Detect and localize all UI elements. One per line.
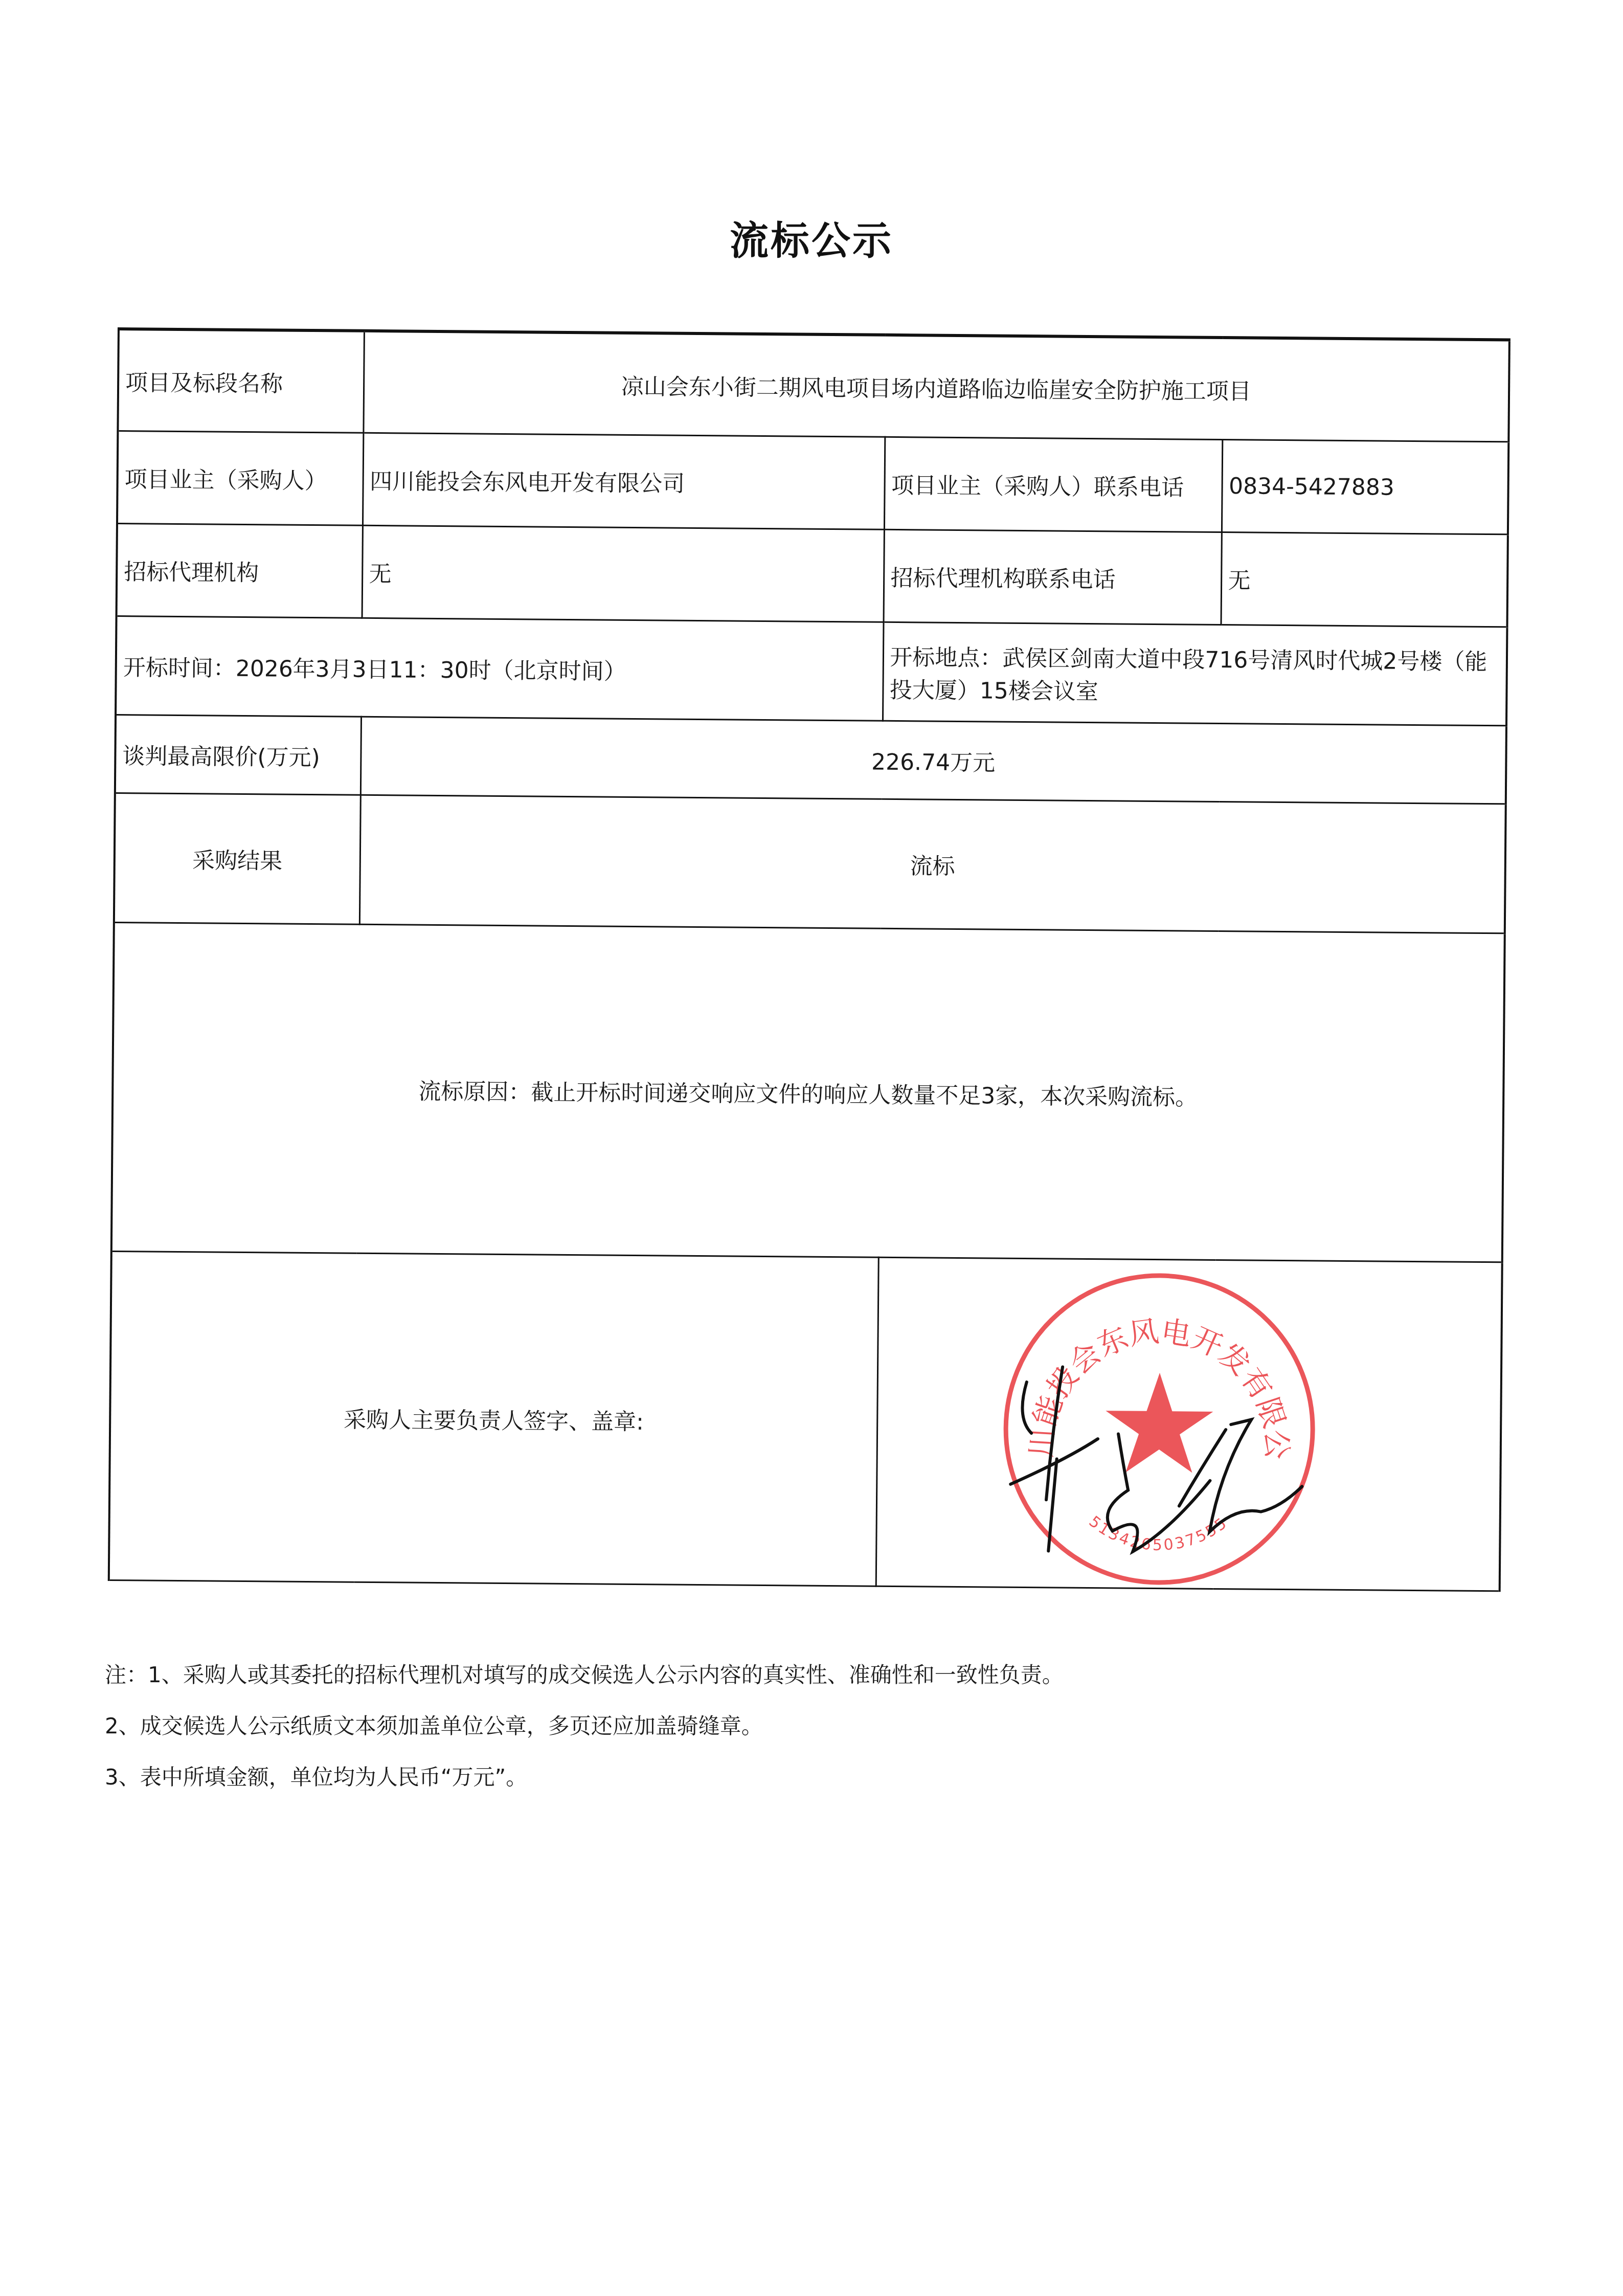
project-name-label: 项目及标段名称 — [118, 329, 364, 433]
signature-label: 采购人主要负责人签字、盖章: — [109, 1251, 878, 1586]
agency-phone-label: 招标代理机构联系电话 — [884, 529, 1222, 625]
opening-place: 开标地点：武侯区剑南大道中段716号清风时代城2号楼（能投大厦）15楼会议室 — [883, 622, 1507, 726]
row-reason: 流标原因：截止开标时间递交响应文件的响应人数量不足3家，本次采购流标。 — [111, 922, 1505, 1262]
announcement-form: 项目及标段名称 凉山会东小街二期风电项目场内道路临边临崖安全防护施工项目 项目业… — [108, 327, 1508, 1592]
agency-label: 招标代理机构 — [117, 524, 363, 618]
note-2: 2、成交候选人公示纸质文本须加盖单位公章，多页还应加盖骑缝章。 — [105, 1701, 1064, 1752]
failure-reason: 流标原因：截止开标时间递交响应文件的响应人数量不足3家，本次采购流标。 — [111, 922, 1505, 1262]
owner-label: 项目业主（采购人） — [117, 431, 363, 526]
notes-section: 注：1、采购人或其委托的招标代理机对填写的成交候选人公示内容的真实性、准确性和一… — [105, 1649, 1064, 1803]
company-seal-icon: 四川能投会东风电开发有限公司 5134265037555 — [994, 1264, 1324, 1594]
row-signature: 采购人主要负责人签字、盖章: 四川能投会东风电开发有限公司 5134265037… — [109, 1251, 1502, 1591]
row-result: 采购结果 流标 — [114, 793, 1506, 933]
max-price-label: 谈判最高限价(万元) — [115, 715, 361, 795]
row-owner: 项目业主（采购人） 四川能投会东风电开发有限公司 项目业主（采购人）联系电话 0… — [117, 431, 1508, 534]
owner-phone-label: 项目业主（采购人）联系电话 — [884, 437, 1222, 532]
row-opening: 开标时间：2026年3月3日11：30时（北京时间） 开标地点：武侯区剑南大道中… — [116, 616, 1507, 725]
owner-value: 四川能投会东风电开发有限公司 — [363, 433, 885, 529]
agency-value: 无 — [362, 525, 884, 622]
row-project-name: 项目及标段名称 凉山会东小街二期风电项目场内道路临边临崖安全防护施工项目 — [118, 329, 1509, 442]
row-max-price: 谈判最高限价(万元) 226.74万元 — [115, 715, 1506, 804]
row-agency: 招标代理机构 无 招标代理机构联系电话 无 — [117, 524, 1508, 627]
page-title: 流标公示 — [0, 210, 1623, 265]
max-price-value: 226.74万元 — [360, 717, 1506, 804]
result-value: 流标 — [359, 795, 1506, 933]
result-label: 采购结果 — [114, 793, 360, 924]
note-1: 注：1、采购人或其委托的招标代理机对填写的成交候选人公示内容的真实性、准确性和一… — [105, 1649, 1064, 1701]
agency-phone-value: 无 — [1221, 532, 1507, 627]
signature-stamp-cell: 四川能投会东风电开发有限公司 5134265037555 — [876, 1257, 1502, 1591]
note-3: 3、表中所填金额，单位均为人民币“万元”。 — [105, 1752, 1064, 1803]
opening-time: 开标时间：2026年3月3日11：30时（北京时间） — [116, 616, 883, 721]
project-name-value: 凉山会东小街二期风电项目场内道路临边临崖安全防护施工项目 — [363, 331, 1509, 442]
owner-phone-value: 0834-5427883 — [1222, 439, 1508, 534]
